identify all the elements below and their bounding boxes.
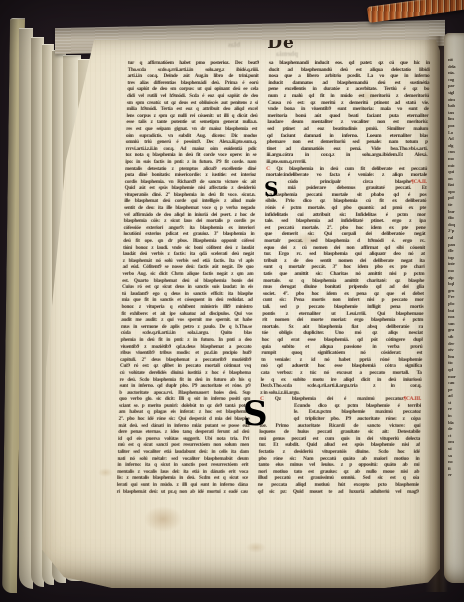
text-block: tur q affirmatióem habet pmo posterioz. … <box>117 60 430 498</box>
text-line: mortale. sz q blasphemia amittit charita… <box>263 278 424 285</box>
text-line: fectatio z desideriú vituperatóis diuine… <box>259 449 420 456</box>
text-line: nosa que a libero arbitrio pcedit. La vo… <box>268 73 429 80</box>
text-line: cun <box>448 149 463 156</box>
text-line: opo <box>448 189 463 196</box>
text-line: sibile. Prio dico qz blasphemia cú fit e… <box>265 198 426 205</box>
text-line: vnde bona in viuentib9 sunt meritoria: m… <box>268 106 429 113</box>
text-line: Quid aút est spús blasphemie nisi affect… <box>125 185 256 192</box>
text-line: mo <box>448 268 463 275</box>
text-line: tióni bonoz z laudi. vnde sic boni cófit… <box>123 245 254 252</box>
text-line: Ad <box>448 136 463 143</box>
text-line: top <box>448 255 463 262</box>
text-line: Lo <box>448 130 463 137</box>
text-line: puta diné bonitatis: misericordie: z ius… <box>125 172 256 179</box>
text-line: quo verbo glo. sic dicit: Illi q sút in … <box>119 396 250 403</box>
text-line: re <box>448 406 463 413</box>
text-line: viuentib9 z moziétib9 qd.n.deus blasphem… <box>120 344 251 351</box>
text-line: ribus viuentib9 tribus modis: et pz.d.in… <box>120 350 251 357</box>
text-line: est peccatú mortale. 2°. pbo hoc idem ex… <box>265 225 426 232</box>
text-line: on <box>448 176 463 183</box>
rubricated-initial-s-ca2: S <box>264 179 278 199</box>
text-line: ri blasphemát deú: ut pz.q non ab idé mo… <box>117 489 248 496</box>
text-line: lim <box>448 116 463 123</box>
text-line: qui <box>448 169 463 176</box>
text-line: phemare non est demeritoriú sed penale: … <box>267 139 428 146</box>
text-line: Cuius ró est qz sicut deus in sanctis su… <box>122 284 253 291</box>
text-line: sunt q mortalr peccát. 3° hoc idem pbo e… <box>263 264 424 271</box>
text-line: cófessióe exteriori angor9: ita blasphem… <box>124 225 255 232</box>
text-line: Ecundo dico qz pctm blasphemie é terribi <box>260 403 421 410</box>
text-line: qd sic pz: Quid mouet te ad luxuriá adul… <box>258 489 419 496</box>
text-line: qd <box>448 367 463 374</box>
text-line: nori motiuo tato est grauius: qz ab null… <box>258 469 419 476</box>
text-line: qd faciunt damnati in inferno. Loeum ete… <box>267 133 428 140</box>
text-line: tanto eius minus vel leuius. z p opposit… <box>258 462 419 469</box>
text-line: z blasphemát nó solú verbis sed etiá fac… <box>123 258 254 265</box>
text-line: tan <box>448 110 463 117</box>
text-line: tlio <box>448 215 463 222</box>
text-line: 2°. pbo hoc idé róne sic: Qui desperát d… <box>119 416 250 423</box>
paper-stain <box>98 468 113 477</box>
text-line: ad eúd. Cófitent9 se nosse deú: factis a… <box>122 264 253 271</box>
text-line: didi vel rutili vel h9módi. Scda é eoz q… <box>127 93 258 100</box>
text-line: toz nota q blasphemia in deú fit corde v… <box>125 152 256 159</box>
text-line: tie <box>448 202 463 209</box>
text-line: loquens de huius peccati grauitate sic a… <box>259 429 420 436</box>
paper-stain <box>246 542 266 553</box>
text-line: mentalis detestatio z ptemptus alicui9 e… <box>125 166 256 173</box>
text-line: sigl <box>448 90 463 97</box>
text-line: verbo Aug. sic dicit Chrm alique factis … <box>122 271 253 278</box>
text-line: nia. <box>448 70 463 77</box>
text-line: pan <box>448 242 463 249</box>
text-line: cunt sic: Pena mortis non infert nisi p … <box>263 297 424 304</box>
text-line: noz <box>448 314 463 321</box>
text-line: est. Quarto blasphemat deú ol blasphemia… <box>122 278 253 285</box>
text-line: Der.b.Tho.scda scde.q.rii.arti.ii.argu.t… <box>260 383 421 390</box>
text-line: ral <box>448 235 463 242</box>
text-line: q.n.blasphemia peccatú mortale sit pbabo… <box>265 192 426 199</box>
text-line: Cui9 ró est: qz qlibet in peccato mortal… <box>120 363 251 370</box>
right-page-sliver[interactable]: nitdelania.cogparsigloimbabtanlimpozLoAd… <box>444 33 464 583</box>
text-line: sun <box>448 321 463 328</box>
text-line: tribuit z de deo sentit nomen dei delibe… <box>264 258 425 265</box>
bookmark-ribbon[interactable] <box>367 0 464 23</box>
text-line: pbc <box>448 301 463 308</box>
text-line: tale. sed blasphemia ad infidelitaté pti… <box>265 218 426 225</box>
text-line: arti.i.in cor.q. Deinde aút Aug.in libro… <box>127 73 258 80</box>
text-line: hoc qd erat esse blasphemiá. qd pót cóti… <box>262 337 423 344</box>
text-line: otv <box>448 347 463 354</box>
text-line: cordis blasphemia. vn Richard9 de sancto… <box>125 179 256 186</box>
text-line: inte <box>448 261 463 268</box>
text-line: pontis z eternaliter ut Leui.rriii. Qui … <box>262 311 423 318</box>
text-line: cú volútate derelidés diuiná iustitiá z … <box>120 370 251 377</box>
text-line: tur. Ergo rc. sed blasphemia qui aliquat… <box>264 251 425 258</box>
text-line: ad <box>448 393 463 400</box>
text-line: qd tripliciter pbo. P9 auctoritate róne:… <box>260 416 421 423</box>
text-line: blasphemia cóis: z sicut laus dei mortal… <box>124 218 255 225</box>
text-line: infidelitatis cui attribuit sic: Infidel… <box>265 212 426 219</box>
text-line: tali. sed p peccato blasphemie infligit … <box>262 304 423 311</box>
book-photo: blas phemia De tur q affirmatióem habet … <box>0 0 464 602</box>
text-line: de <box>448 426 463 433</box>
text-line: st <box>448 400 463 407</box>
text-line: sm spm creatú: ut qz deus est obliuiscés… <box>127 100 258 107</box>
text-line: sa blasphemandi inducit eos. qd patet: q… <box>269 60 430 67</box>
text-line: mia que fit in sanctis et cósequent in d… <box>122 297 253 304</box>
text-line: vel affirmádo de deo aliqd in iniuriá de… <box>124 212 255 219</box>
text-line: in <box>448 413 463 420</box>
text-line: tatis que amittit sic: Charitas nó amitt… <box>263 271 424 278</box>
text-line: z in solu.i.z.iii.argu. <box>260 390 421 397</box>
text-line: tinet ad damnatióis eoz pená. Vide bea.T… <box>267 146 428 153</box>
text-line: 2°p <box>448 228 463 235</box>
text-line: sed ptinet ad eoz beatitudinis pmiú. Sim… <box>267 126 428 133</box>
text-line: ne peccata aliqd motiuú hút excepto pcto… <box>258 482 419 489</box>
text-line: mo <box>448 156 463 163</box>
text-line: societ. 4°. pbo hoc idem ex pena qz que … <box>263 291 424 298</box>
text-line: poz <box>448 123 463 130</box>
text-line: iii.argu.cótra in cor.q.z in solu.argu.i… <box>266 152 427 159</box>
showthrough-text: blas <box>228 41 240 49</box>
text-line: nati nó solú métalr: sed vocaliter blasp… <box>117 456 248 463</box>
text-line: no <box>448 459 463 466</box>
text-line: num z malú qd fit in múdo est meritoriú … <box>268 93 429 100</box>
text-line: in inferno: ita q sicut in sanctis post … <box>117 462 248 469</box>
text-line: ct <box>448 433 463 440</box>
text-line: om <box>448 439 463 446</box>
text-line: dela <box>448 64 463 71</box>
text-line: tres alias differentias blasphemádi deú.… <box>127 80 258 87</box>
text-line: oím supradictis. vn subdit Aug. dicens: … <box>126 133 257 140</box>
text-line: dere penas eternas. z ideo tanq desperat… <box>118 429 249 436</box>
text-line: pe <box>448 387 463 394</box>
text-line: esse talis z tante potentie ut semetipm … <box>126 119 257 126</box>
text-line: iii.pte.sum.q.rrrriii. <box>266 159 427 166</box>
text-line: qui sapiút de deo sm corpus: ut qui opin… <box>127 86 258 93</box>
text-line: mor <box>448 374 463 381</box>
text-line: bab <box>448 103 463 110</box>
text-line: ltm <box>448 354 463 361</box>
text-line: sunt in inferno. qd duplr pbo. P9 auctor… <box>119 383 250 390</box>
text-line: taliter sed vocaliter etiá laudabunt deú… <box>118 449 249 456</box>
text-line: le q ex subito motu ire aliqd dicit in d… <box>261 377 422 384</box>
text-line: er <box>448 472 463 479</box>
text-line: le. Est.n.pctm blasphemie maximú peccato… <box>260 409 421 416</box>
text-line: rit nomen dei morte moriat: ergo blasphe… <box>262 317 423 324</box>
text-line: inducit damnatos ad blasphemandú deú est… <box>268 80 429 87</box>
text-line: stb <box>448 334 463 341</box>
text-line: locutióni exterius pdicat est grauioz. 3… <box>123 231 254 238</box>
text-line: gru <box>448 288 463 295</box>
text-line: par <box>448 83 463 90</box>
text-line: ille blasphemat deú corde qui intelligés… <box>124 198 255 205</box>
text-line: mát deú. sed dánati in inferno miáz puta… <box>118 423 249 430</box>
text-line: mú est q sicut sancti post resurrectóem … <box>118 442 249 449</box>
text-line: mentalis z vocalis laus dei: ita etiá in… <box>117 469 248 476</box>
text-line: rrrvi.arti.i.z.ii.in cor.q. Ad maioz oím… <box>126 146 257 153</box>
text-line: illud peccatú est grauissimú omniú. Sed … <box>258 475 419 482</box>
text-line: mortale:indeliberate vo facta é veniale:… <box>266 172 427 179</box>
text-line: id qd eis puersa volútas suggerit. Ubi n… <box>118 436 249 443</box>
text-line: cata verboz: z túc nó excusat a peccato … <box>261 370 422 377</box>
text-line: sentit de deo: ita ille blasphemat voce … <box>124 205 255 212</box>
text-line: sciant se. p merito puniri: dolebút tn q… <box>119 403 250 410</box>
text-line: der <box>448 341 463 348</box>
text-line: oim <box>448 97 463 104</box>
text-line: doq <box>448 222 463 229</box>
text-line: sa <box>448 453 463 460</box>
text-line: que demerit sic: Qui corpali dei deliber… <box>264 231 425 238</box>
text-line: milia h9módi. Tertia est eoz q attribuit… <box>127 106 258 113</box>
text-line: tur q affirmatióem habet pmo posterioz. … <box>128 60 259 67</box>
text-line: res est que seipam gignat. vn dr maioz b… <box>126 126 257 133</box>
text-line: mortalr peccat. sed blasphemia d h9módi … <box>264 238 425 245</box>
text-line: tóe obligis dupliciter. Uno mó qz aliqs … <box>262 330 423 337</box>
text-line: re deú. Scdo blasphemia fit in deú in fu… <box>120 377 251 384</box>
left-page[interactable]: blas phemia De tur q affirmatióem habet … <box>40 40 440 588</box>
text-line: bonoz z vituperia q exhibent ministris i… <box>121 304 252 311</box>
text-line: equo dei z cú nomen dei non affirmat qd … <box>264 245 425 252</box>
text-line: bql <box>448 281 463 288</box>
text-line: mus derogat diuine bonitati pripendo qd … <box>263 284 424 291</box>
text-line: pbo róne sic: Nam peccatú quáto ab maior… <box>258 456 419 463</box>
text-line: olg <box>448 143 463 150</box>
text-line: gra <box>448 327 463 334</box>
text-line: Fre <box>448 294 463 301</box>
text-line: mó qd aduertit hoc esse blasphemiá cótra… <box>261 363 422 370</box>
text-line: cog <box>448 77 463 84</box>
text-line: capituli. 2° deus blasphemat a peccatori… <box>120 357 251 364</box>
text-line: ui <box>448 446 463 453</box>
text-line: miá psiderare debemus grauitaté peccati.… <box>266 185 427 192</box>
text-line: mus in sermone de aplis petro z paulo. D… <box>121 324 252 331</box>
text-line: tn veniale: z id nó habet ppriá róné bla… <box>261 357 422 364</box>
text-line: ¶CA.II.cúdo principalr circa blasphe <box>266 179 427 186</box>
text-line: cau <box>448 380 463 387</box>
text-line: b auctoritate apoca.rvi. Blasphemauert h… <box>119 390 250 397</box>
text-line: C Qz blasphemia in deú cum fit deliberat… <box>266 166 427 173</box>
text-line: Tho.scda scde.q.rrii.arti.i.in solu.arg.… <box>128 67 259 74</box>
text-line: meritoria bonú aút quod beati faciant pu… <box>267 113 428 120</box>
text-line: tlle <box>448 248 463 255</box>
text-line: Causa ró est: qz meritú z demeritú ptine… <box>268 100 429 107</box>
text-line: tio <box>448 360 463 367</box>
text-line: omniú triú generú é pessim9. Dec Alexa.i… <box>126 139 257 146</box>
paper-stain <box>144 506 182 532</box>
text-line: tú laudant9 ego q deus in sanctis effici… <box>122 291 253 298</box>
text-line: fi <box>448 466 463 473</box>
text-line: rumpit quoq significatóem nó cósiderat: … <box>261 350 422 357</box>
facing-page-text-fragments: nitdelania.cogparsigloimbabtanlimpozLoAd… <box>448 57 463 479</box>
text-line: pol <box>448 195 463 202</box>
text-line: mú genus peccati est cum quis in dei vit… <box>259 436 420 443</box>
text-line: phemia in deú fit in pnti: z in futuro. … <box>121 337 252 344</box>
text-line: mic <box>448 163 463 170</box>
text-line: rónis é pctm mortale. qd pbo quantú: ad … <box>265 205 426 212</box>
text-line: vituperatóis diné. 2° blasphemia in deú … <box>124 192 255 199</box>
text-line: fiat <box>448 182 463 189</box>
text-line: ipo: in suis factis in pnti: z in futuro… <box>125 159 256 166</box>
text-column-right: sa blasphemandi inducit eos. qd patet: q… <box>258 60 430 495</box>
text-line: mortale. Sz aút blasphemia fiat absq del… <box>262 324 423 331</box>
text-line: cúda scde.q.rii.arti.i.in sola.i.argu. Q… <box>121 330 252 337</box>
text-line: nit <box>448 57 463 64</box>
text-line: am habeat q plagas eis inferat: z hoc es… <box>119 409 250 416</box>
text-line: bla <box>448 420 463 427</box>
text-line: aip <box>448 275 463 282</box>
text-line: quia subito et aliqua passione in verba … <box>261 344 422 351</box>
text-line: lens corpus z spm qz nulli rei cóuenit: … <box>126 113 257 120</box>
text-line: lis: z mentalis blasphemia in deú. Scdm … <box>117 475 248 482</box>
text-line: laudát deú verbis z factis: ita qdá scel… <box>123 251 254 258</box>
text-line: ¶CA.III.C Qz blasphemia dei é maximú pec… <box>260 396 421 403</box>
text-line: lerati qui sunt in múdo. z illi qui sunt… <box>117 482 248 489</box>
text-column-left: tur q affirmatióem habet pmo posterioz. … <box>117 60 259 495</box>
text-line: pene excellentis in duratóe z acerbitate… <box>268 86 429 93</box>
rubricated-initial-s-ca3: S <box>243 397 268 431</box>
text-line: ducit ad blasphemandú deú est aliqua del… <box>269 67 430 74</box>
text-line: bur <box>448 209 463 216</box>
text-line: tóe. Primo auctoritate Ricardi de sancto… <box>259 423 420 430</box>
text-line: tur. Et subdit. Quid aliud est spús blas… <box>259 442 420 449</box>
text-line: fit exhibere: et ait ipe saluatoz ad dis… <box>121 311 252 318</box>
text-line: bui <box>448 308 463 315</box>
text-line: audit me audit: z qui vos spernit me spe… <box>121 317 252 324</box>
text-line: laudare deum mentaliter z vocaliter non … <box>267 119 428 126</box>
text-line: deú fit ope. qn dr pbos. Blasphemia oppo… <box>123 238 254 245</box>
